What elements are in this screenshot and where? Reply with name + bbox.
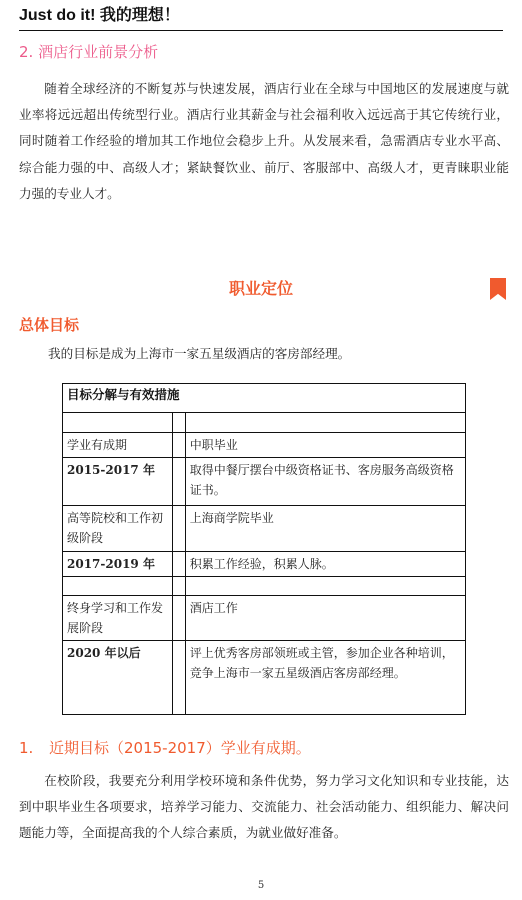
table-cell-stage: 高等院校和工作初级阶段 — [63, 506, 173, 552]
page-number: 5 — [0, 880, 522, 891]
table-row — [63, 413, 466, 433]
table-row — [63, 577, 466, 596]
table-row: 终身学习和工作发展阶段 酒店工作 — [63, 596, 466, 641]
table-cell-period: 2015-2017 年 — [63, 458, 173, 506]
table-row: 2020 年以后 评上优秀客房部领班或主管，参加企业各种培训，竞争上海市一家五星… — [63, 641, 466, 715]
section-industry-title: 2. 酒店行业前景分析 — [19, 40, 158, 64]
table-header-row: 目标分解与有效措施 — [63, 384, 466, 413]
career-positioning-title: 职业定位 — [0, 276, 522, 302]
overall-goal-text: 我的目标是成为上海市一家五星级酒店的客房部经理。 — [48, 343, 350, 365]
table-header: 目标分解与有效措施 — [63, 384, 466, 413]
table-cell-spacer — [172, 641, 185, 715]
table-cell-spacer — [172, 433, 185, 458]
table-cell-measure — [185, 577, 465, 596]
table-cell-stage: 终身学习和工作发展阶段 — [63, 596, 173, 641]
table-row: 学业有成期 中职毕业 — [63, 433, 466, 458]
near-term-paragraph: 在校阶段，我要充分利用学校环境和条件优势，努力学习文化知识和专业技能，达到中职毕… — [19, 768, 509, 847]
table-row: 2017-2019 年 积累工作经验，积累人脉。 — [63, 552, 466, 577]
table-cell-spacer — [172, 413, 185, 433]
industry-paragraph: 随着全球经济的不断复苏与快速发展，酒店行业在全球与中国地区的发展速度与就业率将远… — [19, 76, 509, 207]
table-cell-measure: 评上优秀客房部领班或主管，参加企业各种培训，竞争上海市一家五星级酒店客房部经理。 — [185, 641, 465, 715]
table-cell-period: 2017-2019 年 — [63, 552, 173, 577]
table-row: 2015-2017 年 取得中餐厅摆台中级资格证书、客房服务高级资格证书。 — [63, 458, 466, 506]
table-cell-spacer — [172, 577, 185, 596]
table-cell-spacer — [172, 506, 185, 552]
table-cell-spacer — [172, 596, 185, 641]
table-cell-measure — [185, 413, 465, 433]
table-cell-spacer — [172, 552, 185, 577]
table-cell-stage — [63, 577, 173, 596]
overall-goal-title: 总体目标 — [19, 313, 79, 337]
table-row: 高等院校和工作初级阶段 上海商学院毕业 — [63, 506, 466, 552]
table-cell-period: 2020 年以后 — [63, 641, 173, 715]
table-cell-measure: 积累工作经验，积累人脉。 — [185, 552, 465, 577]
goal-breakdown-table: 目标分解与有效措施 学业有成期 中职毕业 2015-2017 年 取得中餐厅摆台… — [62, 383, 466, 715]
table-cell-spacer — [172, 458, 185, 506]
table-cell-stage: 学业有成期 — [63, 433, 173, 458]
near-term-number: 1. — [19, 736, 49, 760]
table-cell-measure: 上海商学院毕业 — [185, 506, 465, 552]
near-term-goal-title: 1.近期目标（2015-2017）学业有成期。 — [19, 736, 311, 760]
page-header: Just do it! 我的理想！ — [19, 4, 503, 31]
header-title: Just do it! 我的理想！ — [19, 4, 503, 28]
table-cell-measure: 酒店工作 — [185, 596, 465, 641]
table-cell-measure: 取得中餐厅摆台中级资格证书、客房服务高级资格证书。 — [185, 458, 465, 506]
table-cell-stage — [63, 413, 173, 433]
table-cell-measure: 中职毕业 — [185, 433, 465, 458]
near-term-title-text: 近期目标（2015-2017）学业有成期。 — [49, 739, 311, 757]
